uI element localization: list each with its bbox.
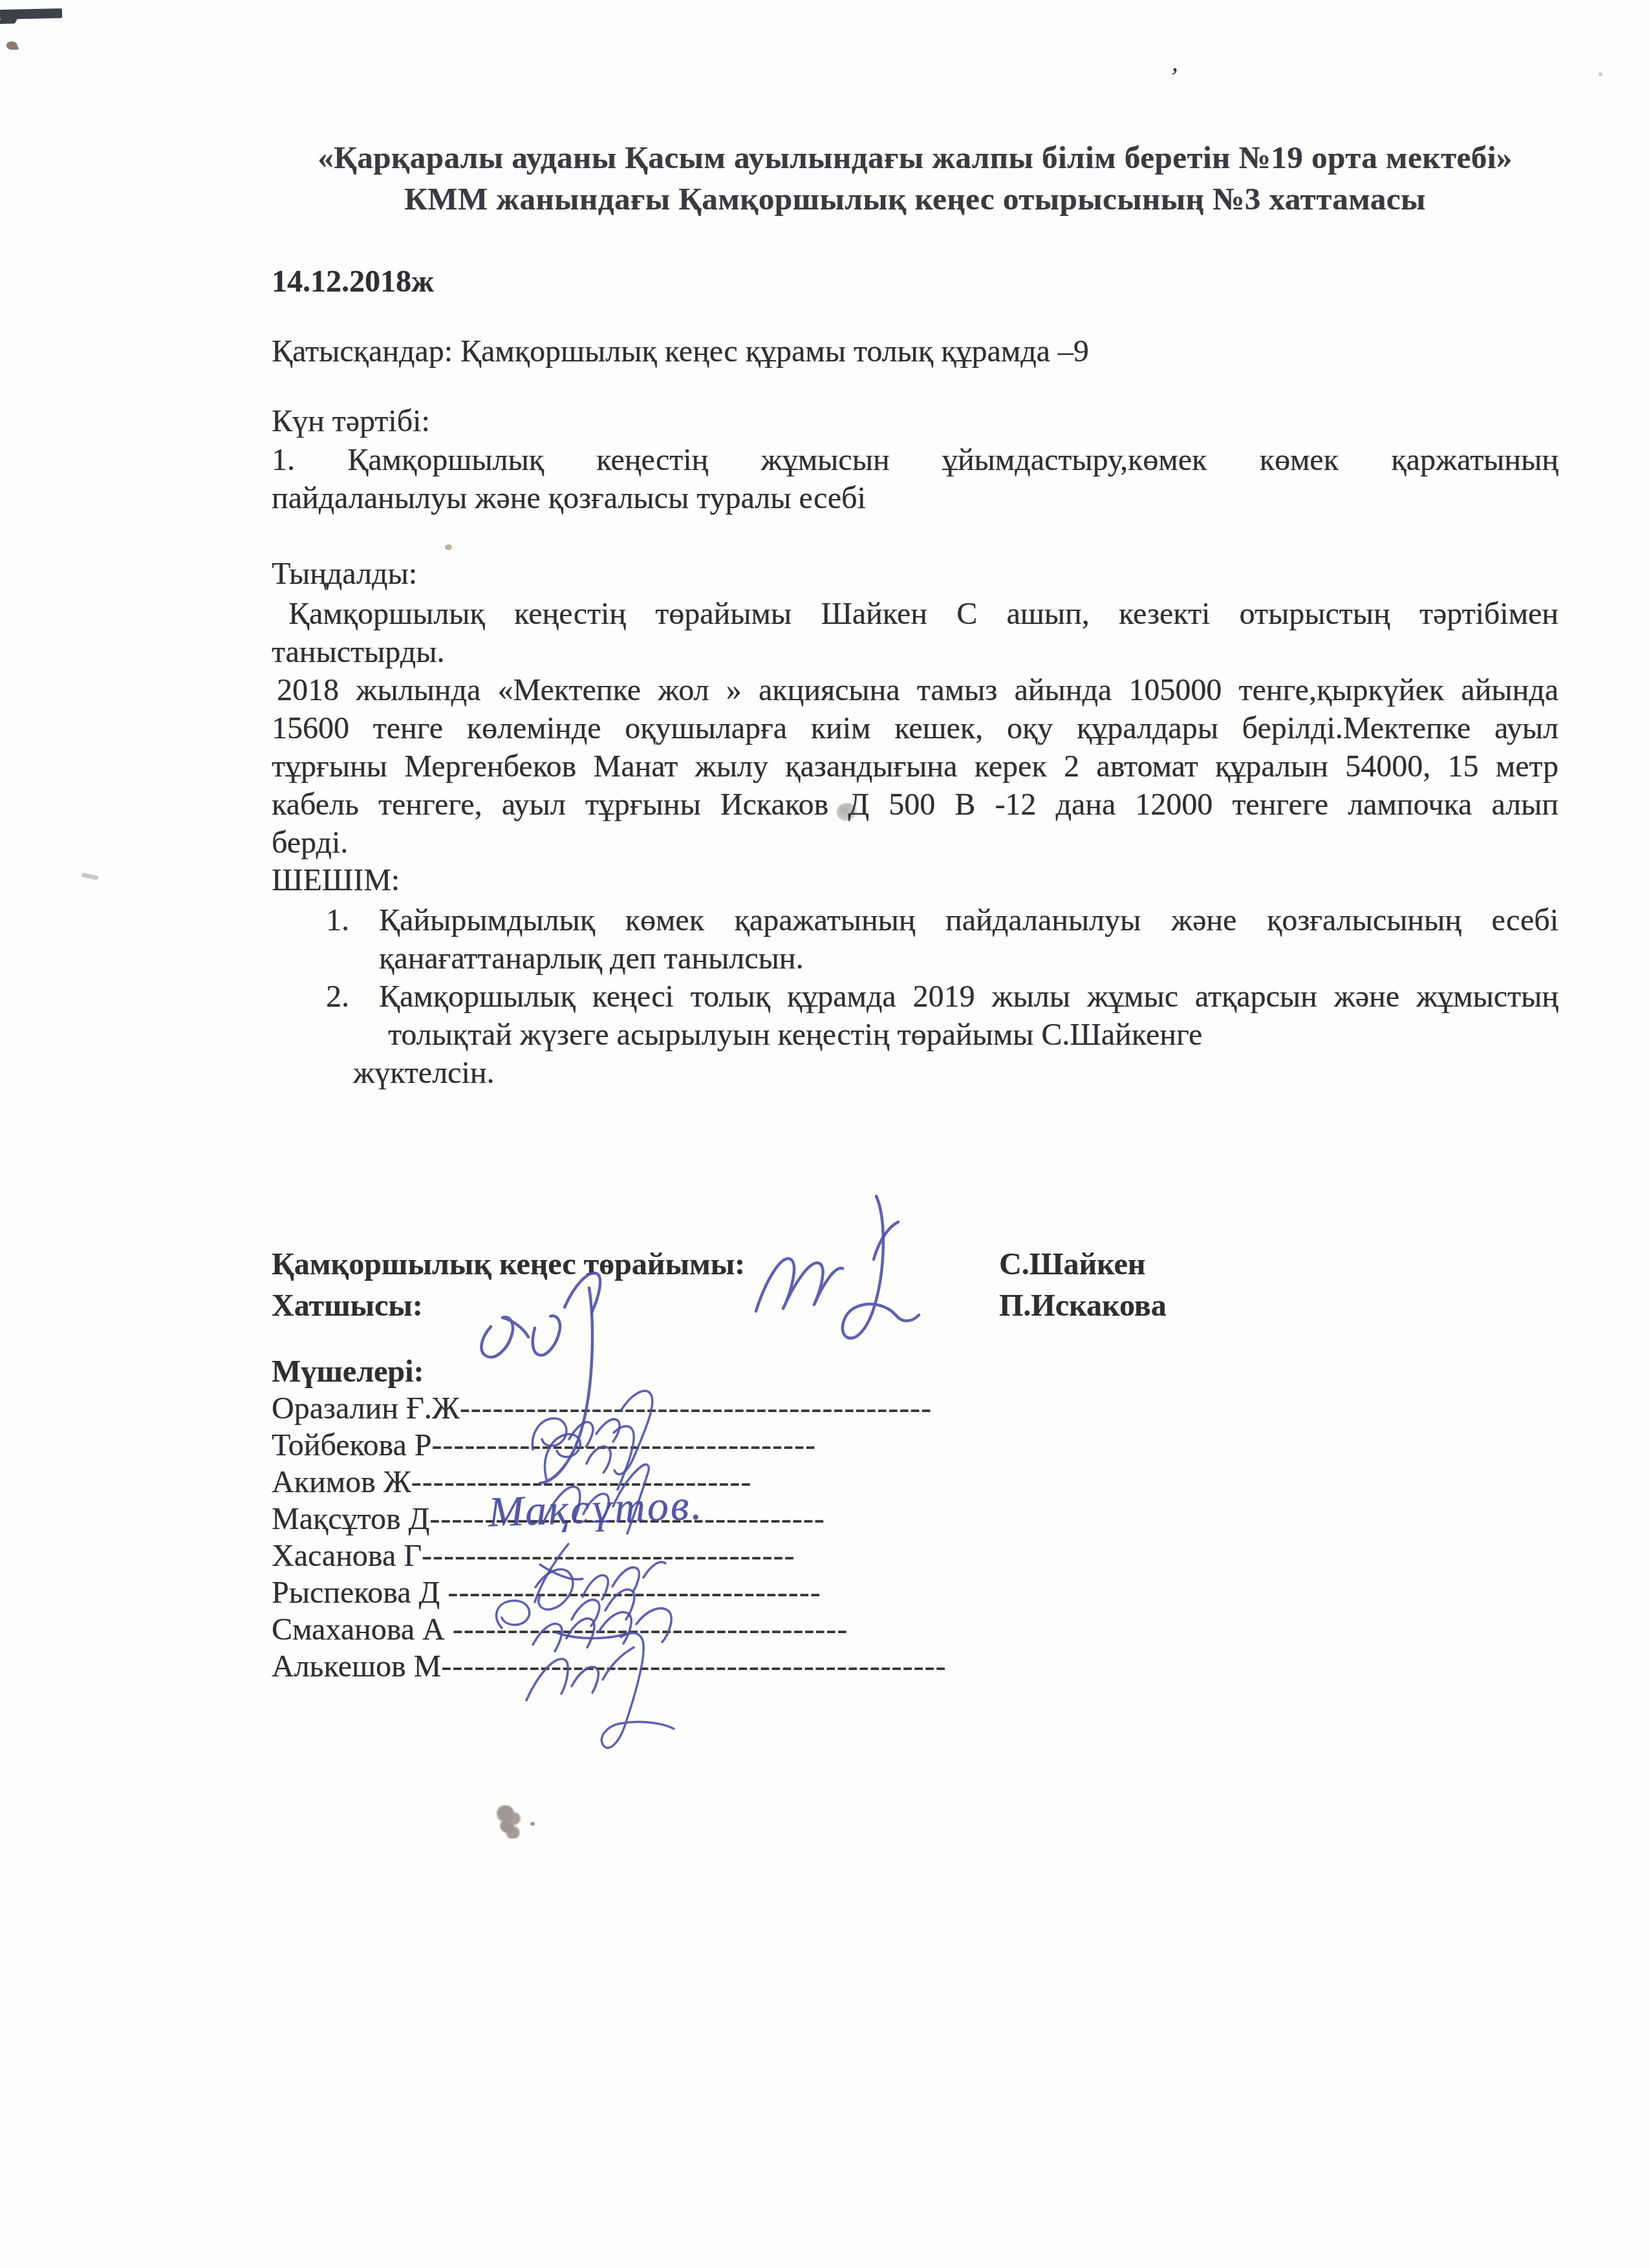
member-name: Хасанова Г <box>272 1539 422 1573</box>
member-name: Мақсұтов Д <box>272 1502 429 1536</box>
chairman-label: Қамқоршылық кеңес төрайымы: <box>272 1246 999 1282</box>
scanned-protocol-document: ’ «Қарқаралы ауданы Қасым ауылындағы жал… <box>0 0 1649 2268</box>
heard-line: берді. <box>272 824 1558 862</box>
member-row: Рыспекова Д ----------------------------… <box>272 1574 821 1611</box>
member-name: Акимов Ж <box>272 1465 411 1499</box>
decision-item-1: 1. Қайырымдылық көмек қаражатының пайдал… <box>272 901 1558 978</box>
member-dash-line: ---------------------------------- <box>447 1576 821 1610</box>
members-heading: Мүшелері: <box>272 1354 1558 1389</box>
scan-pencil-tick <box>81 872 99 880</box>
scan-speck <box>1599 72 1602 76</box>
chairman-name: С.Шайкен <box>999 1246 1145 1282</box>
scan-speck <box>445 544 452 550</box>
agenda-item: 1. Қамқоршылық кеңестің жұмысын ұйымдаст… <box>272 441 1558 517</box>
member-row: Оразалин Ғ.Ж----------------------------… <box>272 1390 932 1427</box>
document-title-line2: КММ жанындағы Қамқоршылық кеңес отырысын… <box>272 178 1558 220</box>
scan-ink-speck: ’ <box>1167 61 1181 93</box>
member-name: Тойбекова Р <box>272 1428 431 1462</box>
member-dash-line: ----------------------------------------… <box>460 1391 932 1426</box>
member-row: Алькешов М------------------------------… <box>272 1648 947 1685</box>
heard-line: 15600 тенге көлемінде оқушыларға киім ке… <box>272 709 1558 747</box>
decision-line: Қайырымдылық көмек қаражатының пайдаланы… <box>379 901 1558 939</box>
document-title-line1: «Қарқаралы ауданы Қасым ауылындағы жалпы… <box>272 137 1558 178</box>
secretary-label: Хатшысы: <box>272 1288 999 1323</box>
decision-item-text: Қамқоршылық кеңесі толық құрамда 2019 жы… <box>379 978 1558 1054</box>
scan-edge-artifact <box>0 8 62 19</box>
heard-line: таныстырды. <box>272 633 1558 671</box>
member-name: Алькешов М <box>272 1649 441 1684</box>
decision-heading: ШЕШІМ: <box>272 862 1558 898</box>
participants-line: Қатысқандар: Қамқоршылық кеңес құрамы то… <box>272 334 1558 369</box>
member-dash-line: ---------------------------------- <box>422 1539 795 1573</box>
heard-line: кабель тенгеге, ауыл тұрғыны Искаков Д 5… <box>272 786 1558 824</box>
document-date: 14.12.2018ж <box>272 264 1558 299</box>
member-dash-line: ----------------------------------- <box>431 1428 815 1462</box>
agenda-line: пайдаланылуы және қозғалысы туралы есебі <box>272 479 1558 517</box>
member-dash-line: ----------------------------------------… <box>441 1649 946 1684</box>
member-row: Хасанова Г------------------------------… <box>272 1537 795 1574</box>
decision-tail: жүктелсін. <box>272 1055 1640 1091</box>
agenda-heading: Күн тәртібі: <box>272 403 1558 439</box>
member-signature-ink-4: Мақсұтов. <box>488 1481 704 1537</box>
decision-line: толықтай жүзеге асырылуын кеңестің төрай… <box>379 1016 1558 1054</box>
chairman-signature-row: Қамқоршылық кеңес төрайымы: С.Шайкен <box>272 1246 1558 1282</box>
decision-item-text: Қайырымдылық көмек қаражатының пайдаланы… <box>379 901 1558 978</box>
heard-line: 2018 жылында «Мектепке жол » акциясына т… <box>272 671 1558 709</box>
decision-line: Қамқоршылық кеңесі толық құрамда 2019 жы… <box>379 978 1558 1016</box>
decision-item-number: 2. <box>272 978 379 1016</box>
scan-speck <box>6 41 17 50</box>
member-row: Тойбекова Р-----------------------------… <box>272 1427 816 1464</box>
heard-paragraph: Қамқоршылық кеңестің төрайымы Шайкен С а… <box>272 595 1558 862</box>
document-title: «Қарқаралы ауданы Қасым ауылындағы жалпы… <box>272 137 1558 220</box>
member-name: Рыспекова Д <box>272 1576 447 1610</box>
scan-smudge <box>494 1805 526 1839</box>
member-dash-line: ------------------------------------ <box>453 1612 848 1647</box>
member-name: Смаханова А <box>272 1612 453 1647</box>
secretary-name: П.Искакова <box>999 1288 1167 1323</box>
secretary-signature-row: Хатшысы: П.Искакова <box>272 1288 1558 1323</box>
member-name: Оразалин Ғ.Ж <box>272 1391 460 1426</box>
decision-line: қанағаттанарлық деп танылсын. <box>379 939 1558 978</box>
heard-line: Қамқоршылық кеңестің төрайымы Шайкен С а… <box>272 595 1558 633</box>
heard-heading: Тыңдалды: <box>272 556 1558 592</box>
agenda-line: 1. Қамқоршылық кеңестің жұмысын ұйымдаст… <box>272 441 1558 479</box>
decision-item-2: 2. Қамқоршылық кеңесі толық құрамда 2019… <box>272 978 1558 1054</box>
decision-item-number: 1. <box>272 901 379 939</box>
heard-line: тұрғыны Мергенбеков Манат жылу қазандығы… <box>272 747 1558 786</box>
member-row: Смаханова А ----------------------------… <box>272 1611 848 1648</box>
